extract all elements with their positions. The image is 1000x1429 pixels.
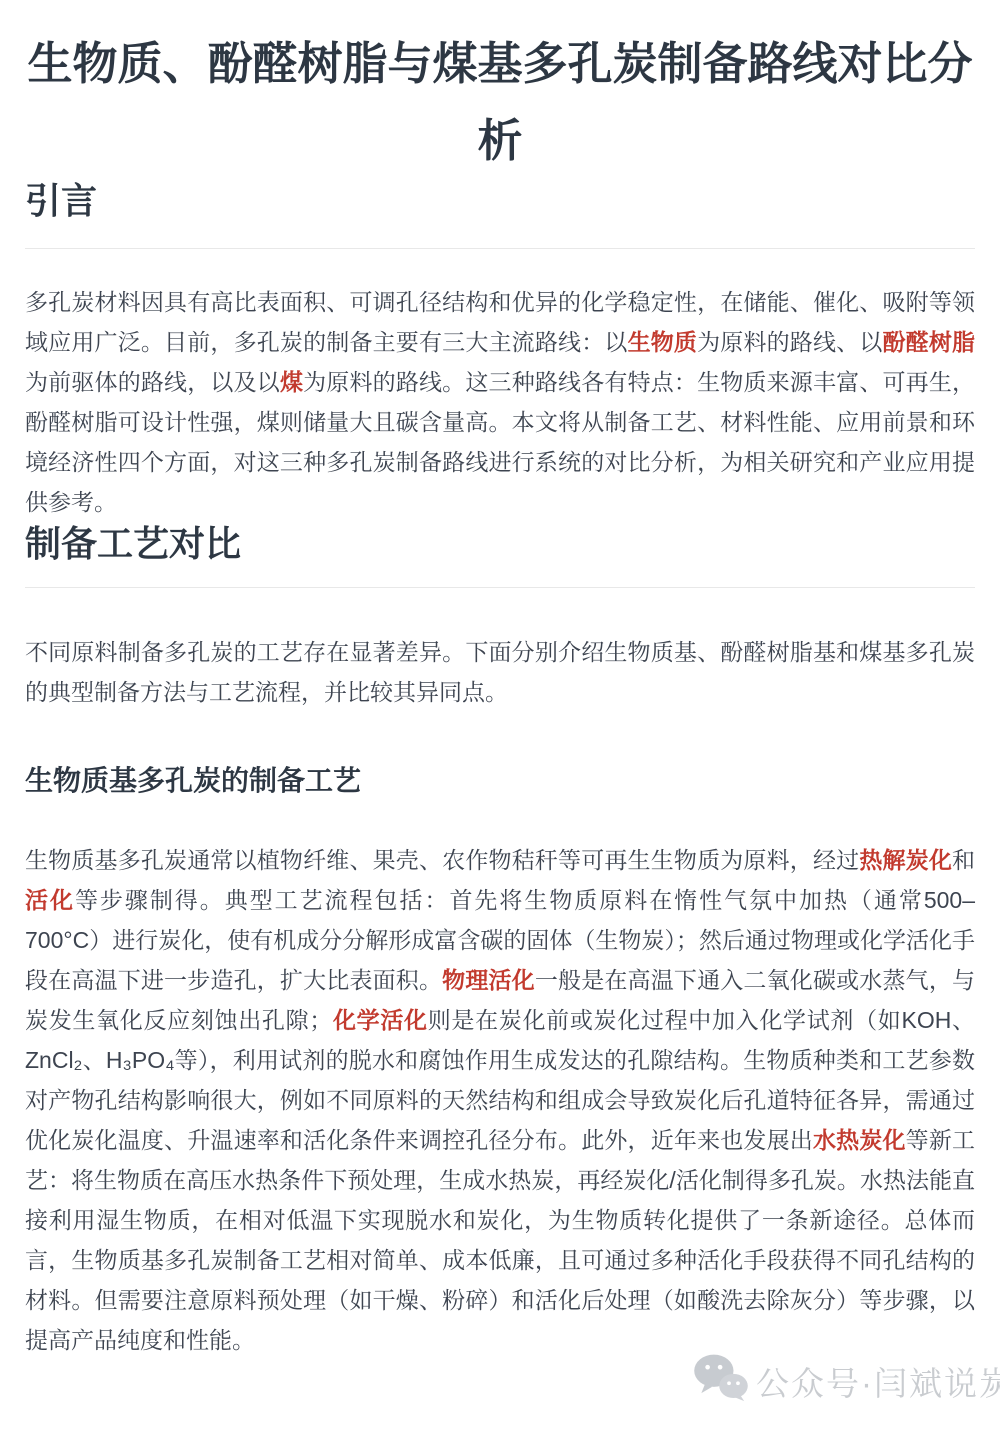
section-intro: 引言 多孔炭材料因具有高比表面积、可调孔径结构和优异的化学稳定性，在储能、催化、… — [25, 179, 975, 522]
highlight-term: 热解炭化 — [859, 847, 952, 873]
section-divider — [25, 587, 975, 588]
text-run: 不同原料制备多孔炭的工艺存在显著差异。下面分别介绍生物质基、酚醛树脂基和煤基多孔… — [25, 639, 975, 705]
watermark-text: 公众号·闫斌说炭 — [756, 1358, 1000, 1405]
highlight-term: 化学活化 — [332, 1007, 427, 1033]
highlight-term: 水热炭化 — [813, 1127, 906, 1153]
highlight-term: 生物质 — [628, 329, 698, 355]
text-run: 等新工艺：将生物质在高压水热条件下预处理，生成水热炭，再经炭化/活化制得多孔炭。… — [25, 1127, 975, 1353]
process-comparison-paragraph: 不同原料制备多孔炭的工艺存在显著差异。下面分别介绍生物质基、酚醛树脂基和煤基多孔… — [25, 632, 975, 712]
watermark: 公众号·闫斌说炭 — [692, 1352, 1000, 1410]
highlight-term: 活化 — [25, 887, 75, 913]
section-biomass-process: 生物质基多孔炭的制备工艺 生物质基多孔炭通常以植物纤维、果壳、农作物秸秆等可再生… — [25, 764, 975, 1360]
text-run: 生物质基多孔炭通常以植物纤维、果壳、农作物秸秆等可再生生物质为原料，经过 — [25, 847, 859, 873]
highlight-term: 酚醛树脂 — [883, 329, 976, 355]
article-title: 生物质、酚醛树脂与煤基多孔炭制备路线对比分析 — [25, 26, 975, 179]
section-heading-intro: 引言 — [25, 179, 975, 222]
highlight-term: 物理活化 — [442, 967, 535, 993]
intro-paragraph: 多孔炭材料因具有高比表面积、可调孔径结构和优异的化学稳定性，在储能、催化、吸附等… — [25, 282, 975, 522]
text-run: 和 — [952, 847, 975, 873]
wechat-icon — [692, 1352, 750, 1410]
article-page: 生物质、酚醛树脂与煤基多孔炭制备路线对比分析 引言 多孔炭材料因具有高比表面积、… — [0, 26, 1000, 1360]
text-run: 为原料的路线、以 — [697, 329, 882, 355]
section-process-comparison: 制备工艺对比 不同原料制备多孔炭的工艺存在显著差异。下面分别介绍生物质基、酚醛树… — [25, 522, 975, 712]
highlight-term: 煤 — [280, 369, 303, 395]
section-divider — [25, 248, 975, 249]
subheading-biomass-process: 生物质基多孔炭的制备工艺 — [25, 764, 975, 798]
biomass-process-paragraph: 生物质基多孔炭通常以植物纤维、果壳、农作物秸秆等可再生生物质为原料，经过热解炭化… — [25, 840, 975, 1360]
text-run: 为前驱体的路线，以及以 — [25, 369, 280, 395]
section-heading-process-comparison: 制备工艺对比 — [25, 522, 975, 565]
